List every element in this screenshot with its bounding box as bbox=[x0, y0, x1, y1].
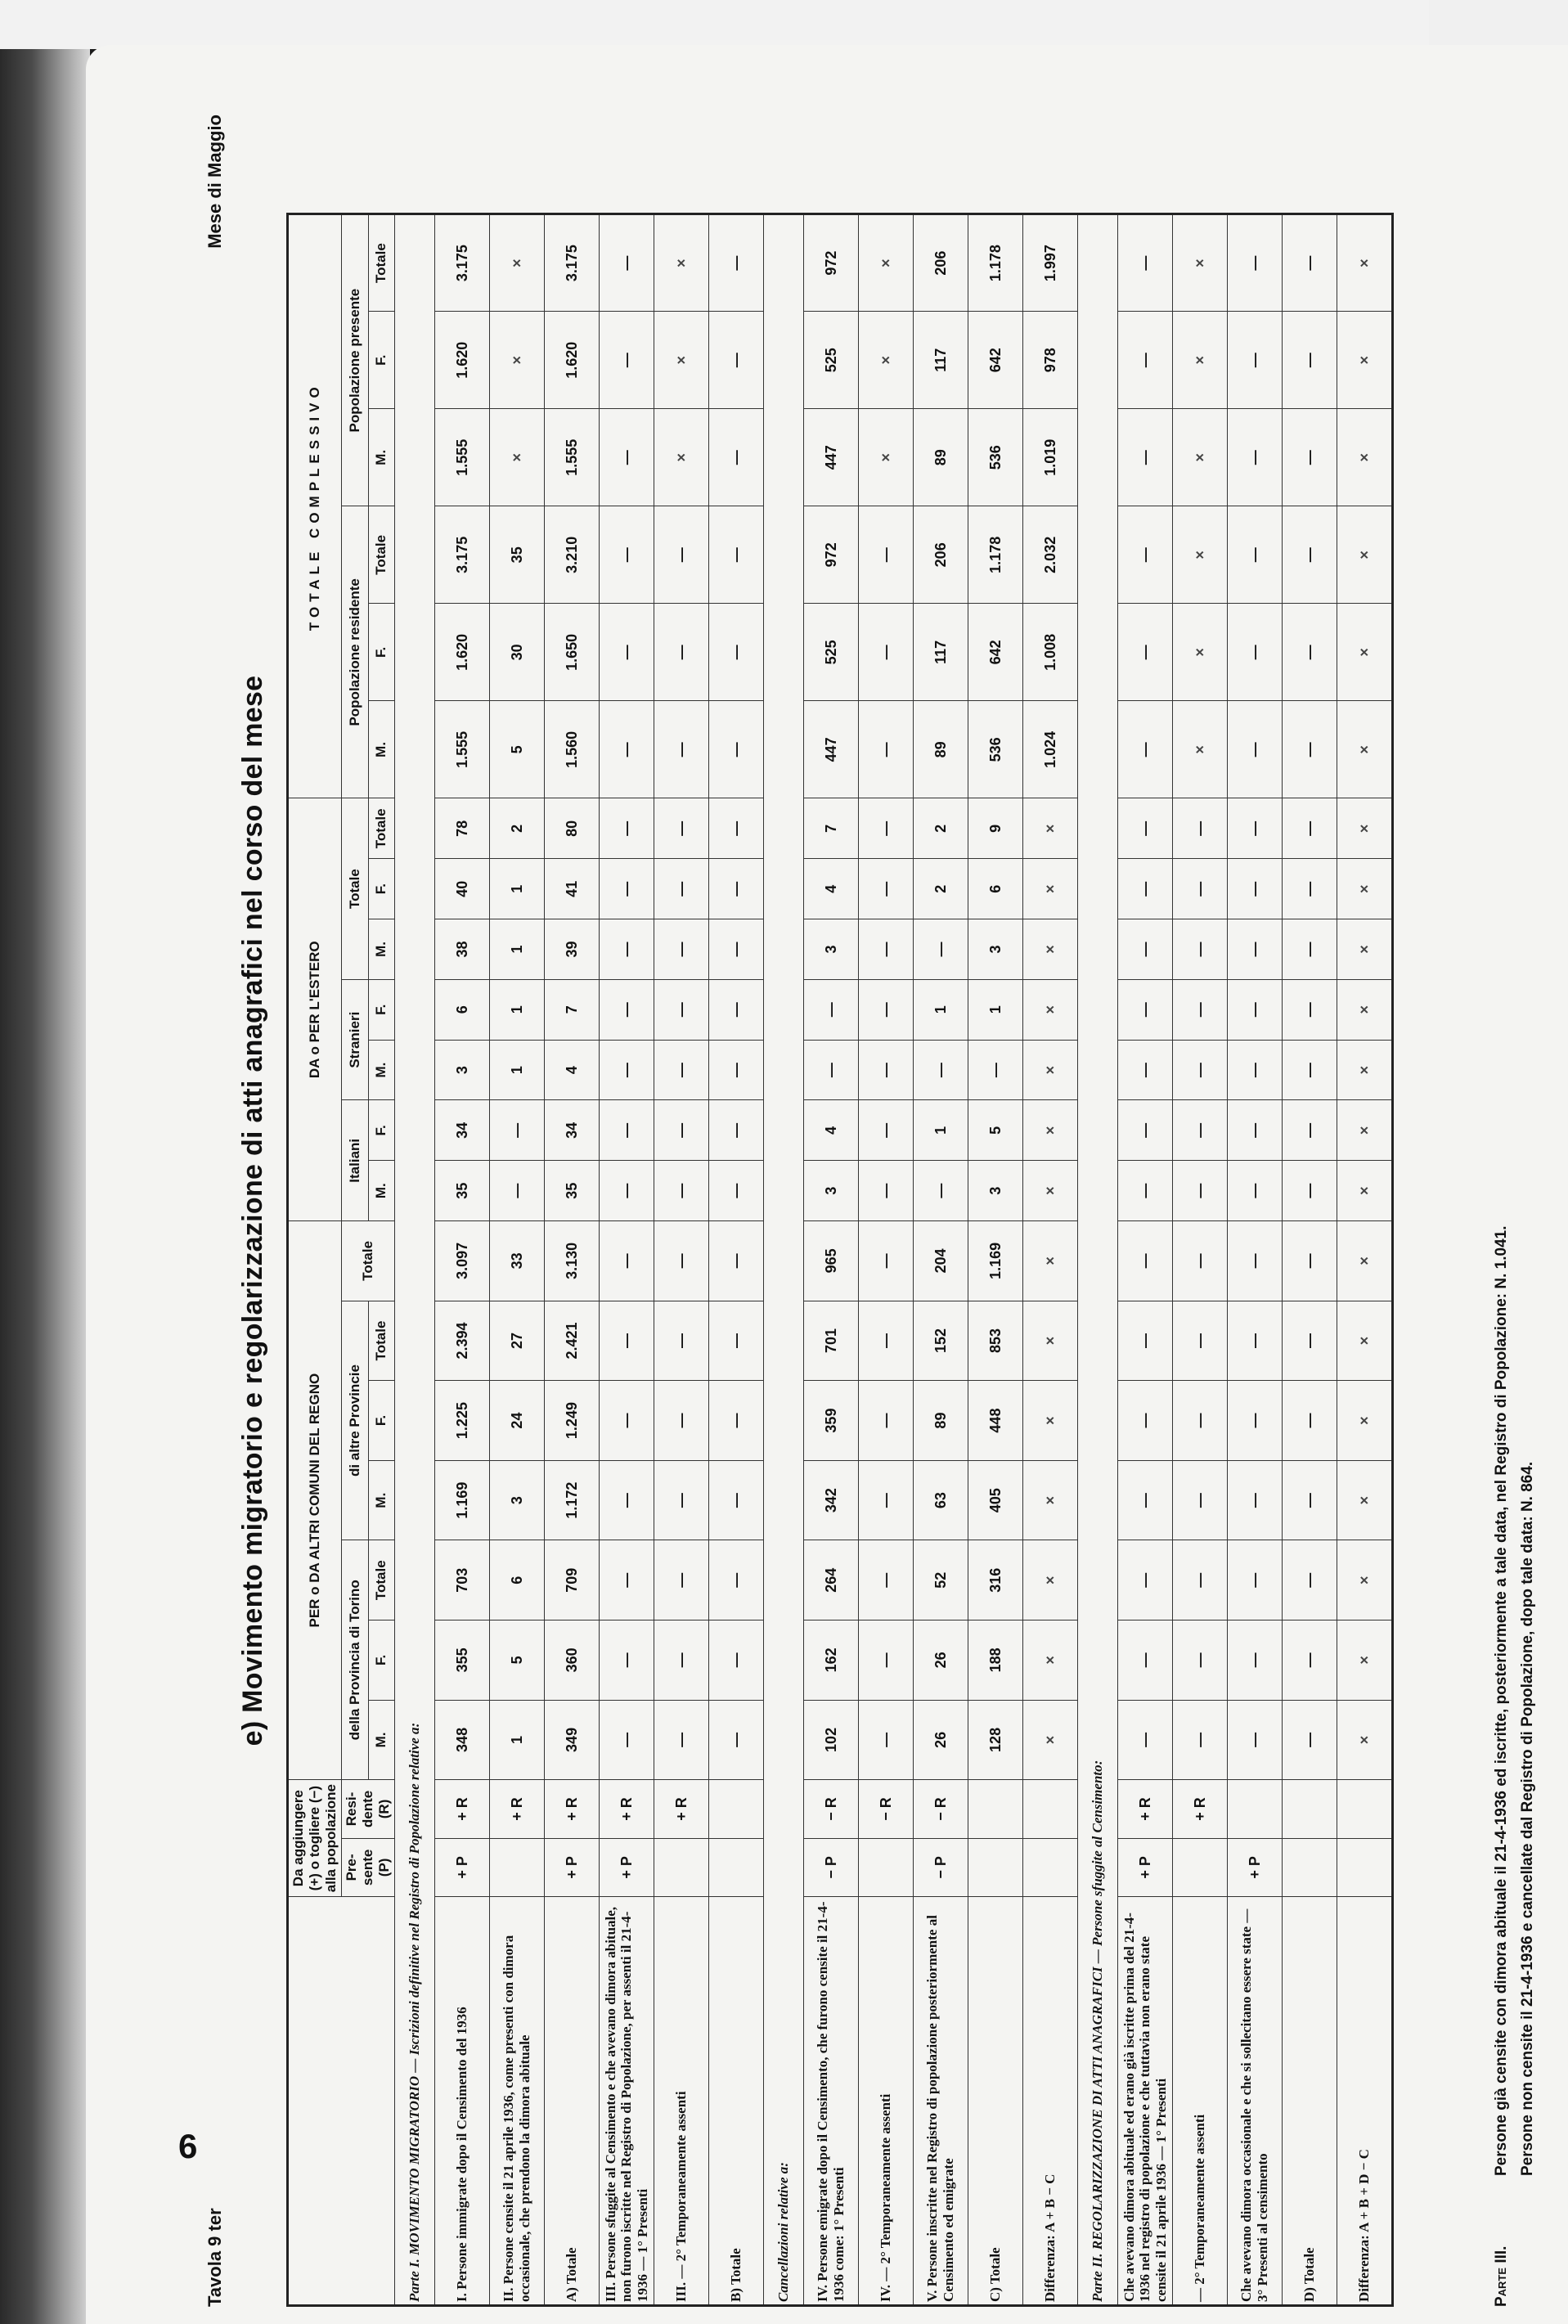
value-cell: — bbox=[654, 1700, 709, 1780]
value-cell: 1.169 bbox=[435, 1460, 490, 1540]
value-cell: 35 bbox=[490, 506, 545, 604]
value-cell: × bbox=[490, 214, 545, 312]
value-cell: — bbox=[654, 1540, 709, 1621]
value-cell: × bbox=[1023, 1301, 1078, 1381]
value-cell: × bbox=[1173, 701, 1228, 798]
value-cell: — bbox=[1283, 1540, 1337, 1621]
row-label: Che avevano dimora occasionale e che si … bbox=[1228, 1897, 1283, 2306]
value-cell: — bbox=[1118, 1221, 1173, 1301]
value-cell: — bbox=[1228, 409, 1283, 506]
value-cell: 2.421 bbox=[545, 1301, 600, 1381]
value-cell: — bbox=[1173, 919, 1228, 980]
value-cell: × bbox=[1337, 214, 1393, 312]
value-cell: — bbox=[709, 1621, 764, 1701]
value-cell: 3 bbox=[804, 919, 859, 980]
table-body: Parte I. MOVIMENTO MIGRATORIO — Iscrizio… bbox=[395, 214, 1393, 2306]
value-cell: — bbox=[654, 1040, 709, 1100]
residente-sign: + R bbox=[545, 1780, 600, 1838]
value-cell: — bbox=[709, 798, 764, 859]
value-cell: 1.169 bbox=[968, 1221, 1023, 1301]
table-number: Tavola 9 ter bbox=[204, 2208, 226, 2307]
book-spine bbox=[0, 49, 90, 2324]
page-title: e) Movimento migratorio e regolarizzazio… bbox=[237, 115, 269, 2307]
value-cell: × bbox=[1173, 409, 1228, 506]
value-cell: — bbox=[654, 1100, 709, 1161]
value-cell: 2.032 bbox=[1023, 506, 1078, 604]
value-cell: — bbox=[709, 701, 764, 798]
value-cell: 1 bbox=[968, 979, 1023, 1040]
value-cell: 3 bbox=[968, 919, 1023, 980]
value-cell: — bbox=[1118, 1700, 1173, 1780]
row-label: C) Totale bbox=[968, 1897, 1023, 2306]
estero-totale-header: Totale bbox=[342, 798, 369, 980]
row-label: Che avevano dimora abituale ed erano già… bbox=[1118, 1897, 1173, 2306]
value-cell: — bbox=[1283, 1700, 1337, 1780]
value-cell: 355 bbox=[435, 1621, 490, 1701]
migration-table: Da aggiungere (+) o togliere (−) alla po… bbox=[286, 213, 1394, 2307]
value-cell: — bbox=[709, 604, 764, 701]
residente-sign bbox=[1337, 1780, 1393, 1838]
value-cell: — bbox=[1118, 1301, 1173, 1381]
value-cell: 1 bbox=[914, 979, 968, 1040]
value-cell: — bbox=[1228, 701, 1283, 798]
table-row: Che avevano dimora occasionale e che si … bbox=[1228, 214, 1283, 2306]
value-cell: — bbox=[859, 798, 914, 859]
value-cell: — bbox=[1228, 1700, 1283, 1780]
table-row: Che avevano dimora abituale ed erano già… bbox=[1118, 214, 1173, 2306]
value-cell: — bbox=[600, 214, 654, 312]
italiani-header: Italiani bbox=[342, 1100, 369, 1221]
value-cell: — bbox=[709, 1301, 764, 1381]
value-cell: 34 bbox=[435, 1100, 490, 1161]
presente-sign: + P bbox=[1118, 1838, 1173, 1896]
value-cell: 3 bbox=[804, 1161, 859, 1221]
value-cell: 30 bbox=[490, 604, 545, 701]
value-cell: — bbox=[1283, 1460, 1337, 1540]
value-cell: — bbox=[1118, 312, 1173, 409]
value-cell: 1 bbox=[490, 979, 545, 1040]
value-cell: 405 bbox=[968, 1460, 1023, 1540]
value-cell: 38 bbox=[435, 919, 490, 980]
value-cell: 1 bbox=[490, 859, 545, 919]
row-label: B) Totale bbox=[709, 1897, 764, 2306]
value-cell: × bbox=[1023, 798, 1078, 859]
value-cell: 965 bbox=[804, 1221, 859, 1301]
value-cell: × bbox=[1023, 1460, 1078, 1540]
value-cell: — bbox=[859, 1700, 914, 1780]
table-row: II. Persone censite il 21 aprile 1936, c… bbox=[490, 214, 545, 2306]
table-row: Differenza: A + B − C××××××××××××××1.024… bbox=[1023, 214, 1078, 2306]
value-cell: — bbox=[1228, 979, 1283, 1040]
value-cell: × bbox=[1173, 312, 1228, 409]
value-cell: × bbox=[1023, 1161, 1078, 1221]
value-cell: 4 bbox=[545, 1040, 600, 1100]
value-cell: — bbox=[1173, 979, 1228, 1040]
value-cell: × bbox=[1337, 1540, 1393, 1621]
value-cell: — bbox=[1283, 312, 1337, 409]
value-cell: 3 bbox=[968, 1161, 1023, 1221]
value-cell: — bbox=[1118, 979, 1173, 1040]
value-cell: × bbox=[1337, 979, 1393, 1040]
value-cell: × bbox=[1337, 604, 1393, 701]
footnotes: Parte III.Persone già censite con dimora… bbox=[1489, 1226, 1541, 2307]
value-cell: 5 bbox=[968, 1100, 1023, 1161]
value-cell: 447 bbox=[804, 701, 859, 798]
value-cell: 34 bbox=[545, 1100, 600, 1161]
col-f: F. bbox=[368, 1381, 395, 1461]
value-cell: 3.097 bbox=[435, 1221, 490, 1301]
value-cell: — bbox=[859, 1621, 914, 1701]
col-m: M. bbox=[368, 409, 395, 506]
value-cell: 7 bbox=[804, 798, 859, 859]
value-cell: — bbox=[600, 1700, 654, 1780]
value-cell: — bbox=[859, 919, 914, 980]
presente-sign bbox=[654, 1838, 709, 1896]
residente-sign bbox=[1228, 1780, 1283, 1838]
value-cell: — bbox=[654, 979, 709, 1040]
value-cell: — bbox=[654, 1221, 709, 1301]
value-cell: — bbox=[1118, 1100, 1173, 1161]
value-cell: 853 bbox=[968, 1301, 1023, 1381]
residente-header: Resi- dente (R) bbox=[342, 1780, 395, 1838]
value-cell: 4 bbox=[804, 859, 859, 919]
value-cell: — bbox=[1118, 214, 1173, 312]
value-cell: 978 bbox=[1023, 312, 1078, 409]
value-cell: × bbox=[654, 409, 709, 506]
regno-header: PER o DA ALTRI COMUNI DEL REGNO bbox=[288, 1221, 342, 1780]
value-cell: × bbox=[1337, 1301, 1393, 1381]
value-cell: 972 bbox=[804, 214, 859, 312]
value-cell: — bbox=[709, 1381, 764, 1461]
value-cell: — bbox=[1173, 859, 1228, 919]
rotated-sheet: Tavola 9 ter Mese di Maggio e) Movimento… bbox=[204, 115, 1562, 2307]
value-cell: × bbox=[1337, 1100, 1393, 1161]
residente-sign bbox=[709, 1780, 764, 1838]
value-cell: 117 bbox=[914, 312, 968, 409]
value-cell: 2 bbox=[914, 798, 968, 859]
value-cell: — bbox=[1228, 312, 1283, 409]
value-cell: 26 bbox=[914, 1700, 968, 1780]
value-cell: × bbox=[1337, 409, 1393, 506]
value-cell: — bbox=[1283, 1301, 1337, 1381]
col-tot: Totale bbox=[368, 214, 395, 312]
presente-sign: + P bbox=[545, 1838, 600, 1896]
value-cell: × bbox=[859, 312, 914, 409]
value-cell: 1.620 bbox=[545, 312, 600, 409]
value-cell: — bbox=[1283, 1621, 1337, 1701]
value-cell: 6 bbox=[968, 859, 1023, 919]
value-cell: × bbox=[1337, 919, 1393, 980]
presente-sign bbox=[1283, 1838, 1337, 1896]
residente-sign bbox=[1283, 1780, 1337, 1838]
value-cell: 1.555 bbox=[545, 409, 600, 506]
value-cell: 3 bbox=[490, 1460, 545, 1540]
col-tot: Totale bbox=[368, 1540, 395, 1621]
value-cell: — bbox=[654, 701, 709, 798]
col-m: M. bbox=[368, 1700, 395, 1780]
regno-totale-header: Totale bbox=[342, 1221, 395, 1301]
table-row: A) Totale+ P+ R3493607091.1721.2492.4213… bbox=[545, 214, 600, 2306]
value-cell: — bbox=[1283, 979, 1337, 1040]
value-cell: 63 bbox=[914, 1460, 968, 1540]
value-cell: 35 bbox=[545, 1161, 600, 1221]
value-cell: × bbox=[1173, 214, 1228, 312]
row-label: Differenza: A + B − C bbox=[1023, 1897, 1078, 2306]
presente-sign bbox=[709, 1838, 764, 1896]
value-cell: — bbox=[1228, 1381, 1283, 1461]
value-cell: — bbox=[654, 1621, 709, 1701]
value-cell: 80 bbox=[545, 798, 600, 859]
value-cell: 6 bbox=[435, 979, 490, 1040]
table-row: Differenza: A + B + D − C×××××××××××××××… bbox=[1337, 214, 1393, 2306]
value-cell: — bbox=[600, 1621, 654, 1701]
value-cell: 1.249 bbox=[545, 1381, 600, 1461]
row-label: D) Totale bbox=[1283, 1897, 1337, 2306]
value-cell: 525 bbox=[804, 312, 859, 409]
value-cell: — bbox=[914, 1161, 968, 1221]
value-cell: — bbox=[859, 1301, 914, 1381]
presente-sign bbox=[968, 1838, 1023, 1896]
value-cell: — bbox=[1283, 1221, 1337, 1301]
value-cell: × bbox=[1337, 1040, 1393, 1100]
value-cell: — bbox=[914, 919, 968, 980]
value-cell: × bbox=[1337, 1460, 1393, 1540]
value-cell: — bbox=[654, 1161, 709, 1221]
value-cell: — bbox=[600, 1221, 654, 1301]
residente-sign: + R bbox=[1173, 1780, 1228, 1838]
value-cell: — bbox=[1118, 1621, 1173, 1701]
value-cell: — bbox=[859, 1221, 914, 1301]
value-cell: 162 bbox=[804, 1621, 859, 1701]
residente-sign: + R bbox=[1118, 1780, 1173, 1838]
value-cell: — bbox=[1283, 1161, 1337, 1221]
value-cell: — bbox=[709, 1100, 764, 1161]
value-cell: 1.650 bbox=[545, 604, 600, 701]
value-cell: — bbox=[490, 1161, 545, 1221]
value-cell: — bbox=[1283, 1100, 1337, 1161]
value-cell: × bbox=[1023, 919, 1078, 980]
col-tot: Totale bbox=[368, 1301, 395, 1381]
value-cell: — bbox=[1228, 1100, 1283, 1161]
value-cell: — bbox=[1118, 701, 1173, 798]
value-cell: 316 bbox=[968, 1540, 1023, 1621]
value-cell: — bbox=[1228, 1161, 1283, 1221]
value-cell: — bbox=[600, 979, 654, 1040]
stranieri-header: Stranieri bbox=[342, 979, 369, 1100]
value-cell: — bbox=[1173, 1221, 1228, 1301]
table-row: I. Persone immigrate dopo il Censimento … bbox=[435, 214, 490, 2306]
value-cell: 7 bbox=[545, 979, 600, 1040]
table-row: C) Totale1281883164054488531.16935—13695… bbox=[968, 214, 1023, 2306]
table-row: — 2° Temporaneamente assenti+ R—————————… bbox=[1173, 214, 1228, 2306]
presente-sign: − P bbox=[914, 1838, 968, 1896]
value-cell: 348 bbox=[435, 1700, 490, 1780]
value-cell: 359 bbox=[804, 1381, 859, 1461]
value-cell: — bbox=[600, 919, 654, 980]
col-m: M. bbox=[368, 1460, 395, 1540]
value-cell: — bbox=[1118, 1460, 1173, 1540]
value-cell: — bbox=[600, 1301, 654, 1381]
value-cell: 536 bbox=[968, 701, 1023, 798]
value-cell: 1 bbox=[490, 1700, 545, 1780]
value-cell: — bbox=[1228, 214, 1283, 312]
value-cell: — bbox=[1173, 1540, 1228, 1621]
presente-sign bbox=[490, 1838, 545, 1896]
page-number: 6 bbox=[178, 2127, 197, 2166]
value-cell: × bbox=[1337, 1700, 1393, 1780]
value-cell: — bbox=[1228, 798, 1283, 859]
presente-header: Pre- sente (P) bbox=[342, 1838, 395, 1896]
value-cell: × bbox=[1023, 1040, 1078, 1100]
value-cell: 27 bbox=[490, 1301, 545, 1381]
value-cell: × bbox=[490, 409, 545, 506]
col-m: M. bbox=[368, 701, 395, 798]
value-cell: 5 bbox=[490, 1621, 545, 1701]
value-cell: 6 bbox=[490, 1540, 545, 1621]
value-cell: × bbox=[490, 312, 545, 409]
value-cell: — bbox=[1118, 506, 1173, 604]
value-cell: — bbox=[1283, 214, 1337, 312]
value-cell: 1.178 bbox=[968, 214, 1023, 312]
presente-sign: + P bbox=[1228, 1838, 1283, 1896]
col-m: M. bbox=[368, 1040, 395, 1100]
value-cell: — bbox=[600, 1040, 654, 1100]
value-cell: — bbox=[1118, 1161, 1173, 1221]
value-cell: 349 bbox=[545, 1700, 600, 1780]
value-cell: 525 bbox=[804, 604, 859, 701]
value-cell: × bbox=[1023, 1700, 1078, 1780]
value-cell: — bbox=[859, 506, 914, 604]
value-cell: × bbox=[1337, 1221, 1393, 1301]
row-label: Cancellazioni relative a: bbox=[764, 214, 804, 2306]
value-cell: × bbox=[1337, 506, 1393, 604]
value-cell: — bbox=[1228, 1221, 1283, 1301]
value-cell: × bbox=[1337, 1381, 1393, 1461]
value-cell: — bbox=[1228, 1621, 1283, 1701]
value-cell: 536 bbox=[968, 409, 1023, 506]
section-row: Parte II. REGOLARIZZAZIONE DI ATTI ANAGR… bbox=[1078, 214, 1118, 2306]
table-row: IV. — 2° Temporaneamente assenti− R—————… bbox=[859, 214, 914, 2306]
value-cell: — bbox=[600, 604, 654, 701]
section-row: Parte I. MOVIMENTO MIGRATORIO — Iscrizio… bbox=[395, 214, 435, 2306]
value-cell: 89 bbox=[914, 1381, 968, 1461]
value-cell: 3 bbox=[435, 1040, 490, 1100]
value-cell: — bbox=[1173, 1161, 1228, 1221]
value-cell: 41 bbox=[545, 859, 600, 919]
value-cell: — bbox=[1283, 1381, 1337, 1461]
value-cell: — bbox=[600, 1381, 654, 1461]
value-cell: 264 bbox=[804, 1540, 859, 1621]
value-cell: 3.175 bbox=[435, 506, 490, 604]
value-cell: 3.210 bbox=[545, 506, 600, 604]
value-cell: — bbox=[968, 1040, 1023, 1100]
value-cell: 342 bbox=[804, 1460, 859, 1540]
value-cell: — bbox=[1228, 919, 1283, 980]
col-f: F. bbox=[368, 604, 395, 701]
value-cell: 1.555 bbox=[435, 409, 490, 506]
value-cell: — bbox=[1228, 859, 1283, 919]
value-cell: × bbox=[654, 214, 709, 312]
value-cell: — bbox=[709, 312, 764, 409]
value-cell: — bbox=[709, 1040, 764, 1100]
table-row: III. — 2° Temporaneamente assenti+ R————… bbox=[654, 214, 709, 2306]
value-cell: 972 bbox=[804, 506, 859, 604]
value-cell: — bbox=[1118, 409, 1173, 506]
value-cell: 447 bbox=[804, 409, 859, 506]
value-cell: × bbox=[1023, 1221, 1078, 1301]
value-cell: 33 bbox=[490, 1221, 545, 1301]
pop-residente-header: Popolazione residente bbox=[342, 506, 369, 798]
presente-sign: − P bbox=[804, 1838, 859, 1896]
presente-sign bbox=[1337, 1838, 1393, 1896]
residente-sign: + R bbox=[654, 1780, 709, 1838]
row-label: — 2° Temporaneamente assenti bbox=[1173, 1897, 1228, 2306]
value-cell: — bbox=[709, 214, 764, 312]
value-cell: — bbox=[859, 1460, 914, 1540]
value-cell: — bbox=[859, 1381, 914, 1461]
label-header bbox=[288, 1897, 395, 2306]
value-cell: — bbox=[600, 701, 654, 798]
residente-sign: + R bbox=[435, 1780, 490, 1838]
residente-sign: + R bbox=[600, 1780, 654, 1838]
value-cell: 78 bbox=[435, 798, 490, 859]
value-cell: × bbox=[859, 409, 914, 506]
pop-presente-header: Popolazione presente bbox=[342, 214, 369, 506]
add-remove-header: Da aggiungere (+) o togliere (−) alla po… bbox=[288, 1780, 342, 1897]
value-cell: 117 bbox=[914, 604, 968, 701]
value-cell: 26 bbox=[914, 1621, 968, 1701]
value-cell: — bbox=[654, 1301, 709, 1381]
value-cell: 5 bbox=[490, 701, 545, 798]
value-cell: × bbox=[1337, 1161, 1393, 1221]
value-cell: 709 bbox=[545, 1540, 600, 1621]
value-cell: — bbox=[600, 409, 654, 506]
presente-sign bbox=[859, 1838, 914, 1896]
value-cell: — bbox=[600, 798, 654, 859]
table-row: B) Totale———————————————————— bbox=[709, 214, 764, 2306]
value-cell: — bbox=[1173, 1621, 1228, 1701]
value-cell: — bbox=[1118, 604, 1173, 701]
value-cell: — bbox=[709, 979, 764, 1040]
value-cell: — bbox=[600, 1100, 654, 1161]
value-cell: — bbox=[1228, 1540, 1283, 1621]
presente-sign: + P bbox=[600, 1838, 654, 1896]
value-cell: 52 bbox=[914, 1540, 968, 1621]
value-cell: × bbox=[654, 312, 709, 409]
value-cell: 128 bbox=[968, 1700, 1023, 1780]
value-cell: — bbox=[1173, 1301, 1228, 1381]
row-label: IV. Persone emigrate dopo il Censimento,… bbox=[804, 1897, 859, 2306]
presente-sign bbox=[1023, 1838, 1078, 1896]
value-cell: 1 bbox=[914, 1100, 968, 1161]
value-cell: 1.620 bbox=[435, 312, 490, 409]
value-cell: — bbox=[709, 919, 764, 980]
value-cell: 1.172 bbox=[545, 1460, 600, 1540]
value-cell: — bbox=[654, 919, 709, 980]
value-cell: — bbox=[709, 1161, 764, 1221]
altre-prov-header: di altre Provincie bbox=[342, 1301, 369, 1540]
table-row: III. Persone sfuggite al Censimento e ch… bbox=[600, 214, 654, 2306]
value-cell: — bbox=[1283, 919, 1337, 980]
value-cell: — bbox=[709, 1540, 764, 1621]
residente-sign: − R bbox=[859, 1780, 914, 1838]
value-cell: — bbox=[600, 1540, 654, 1621]
value-cell: — bbox=[600, 859, 654, 919]
row-label: Differenza: A + B + D − C bbox=[1337, 1897, 1393, 2306]
value-cell: 206 bbox=[914, 506, 968, 604]
value-cell: — bbox=[804, 1040, 859, 1100]
col-tot: Totale bbox=[368, 798, 395, 859]
